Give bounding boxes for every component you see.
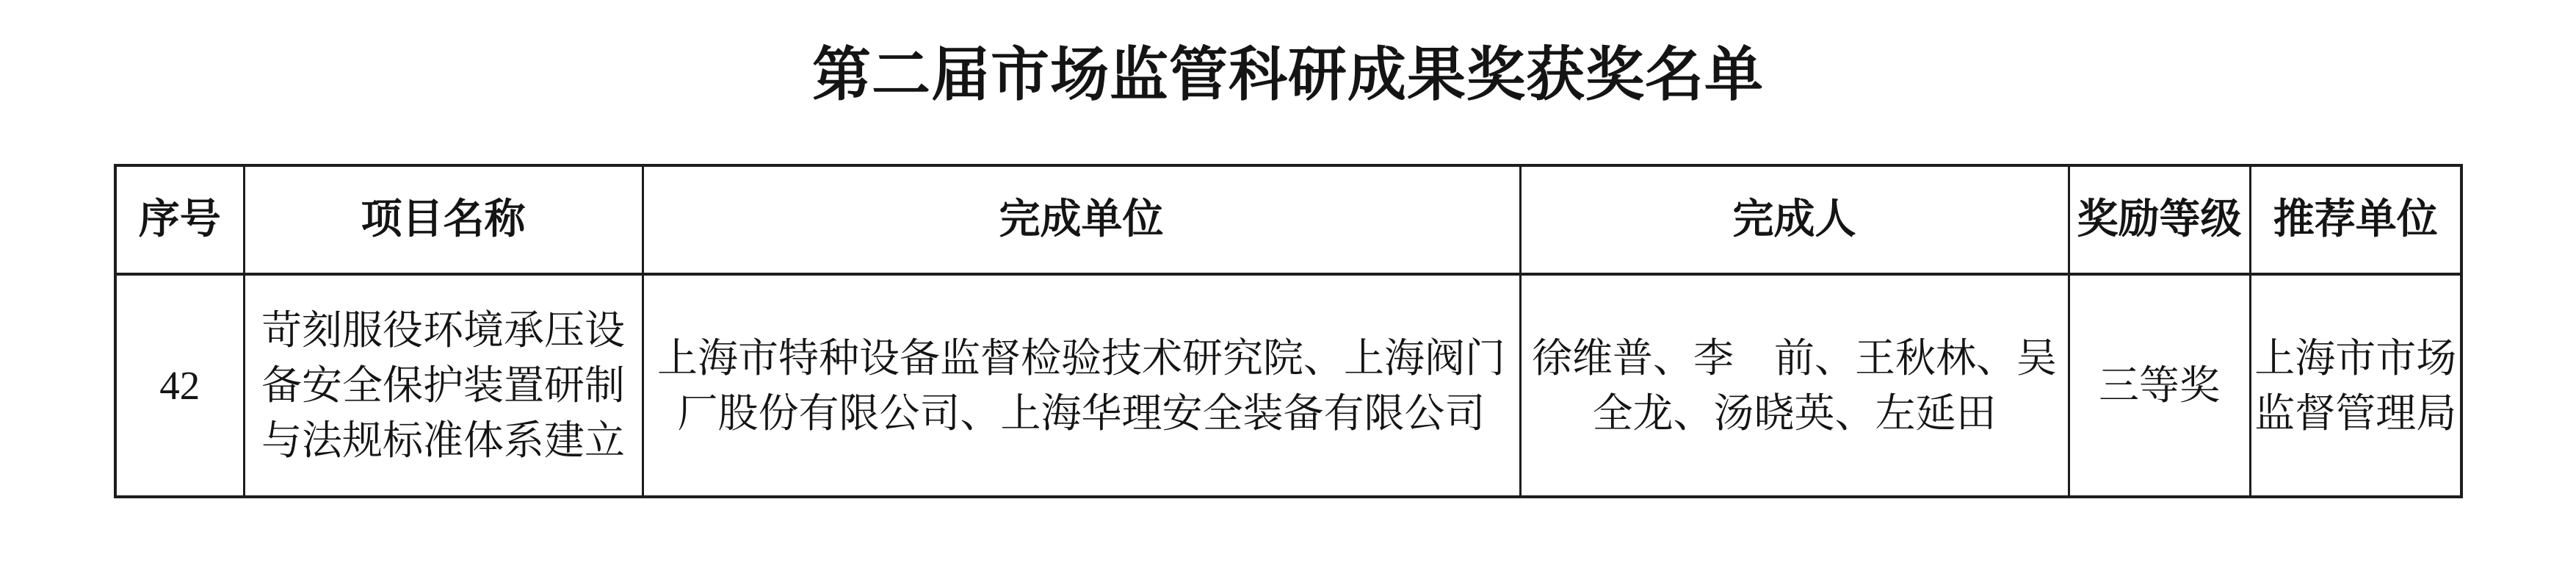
- cell-index: 42: [115, 274, 244, 497]
- header-row: 序号 项目名称 完成单位 完成人 奖励等级 推荐单位: [115, 165, 2461, 274]
- cell-completing-people: 徐维普、李 前、王秋林、吴全龙、汤晓英、左延田: [1520, 274, 2069, 497]
- page-title: 第二届市场监管科研成果奖获奖名单: [0, 37, 2576, 115]
- col-header-project: 项目名称: [244, 165, 643, 274]
- col-header-recommender: 推荐单位: [2250, 165, 2461, 274]
- cell-completing-units: 上海市特种设备监督检验技术研究院、上海阀门厂股份有限公司、上海华理安全装备有限公…: [643, 274, 1520, 497]
- awards-table: 序号 项目名称 完成单位 完成人 奖励等级 推荐单位 42 苛刻服役环境承压设备…: [114, 164, 2463, 498]
- col-header-index: 序号: [115, 165, 244, 274]
- cell-recommending-unit: 上海市市场监督管理局: [2250, 274, 2461, 497]
- col-header-award: 奖励等级: [2069, 165, 2250, 274]
- table-row: 42 苛刻服役环境承压设备安全保护装置研制与法规标准体系建立 上海市特种设备监督…: [115, 274, 2461, 497]
- col-header-org: 完成单位: [643, 165, 1520, 274]
- col-header-people: 完成人: [1520, 165, 2069, 274]
- cell-award-level: 三等奖: [2069, 274, 2250, 497]
- cell-project-name: 苛刻服役环境承压设备安全保护装置研制与法规标准体系建立: [244, 274, 643, 497]
